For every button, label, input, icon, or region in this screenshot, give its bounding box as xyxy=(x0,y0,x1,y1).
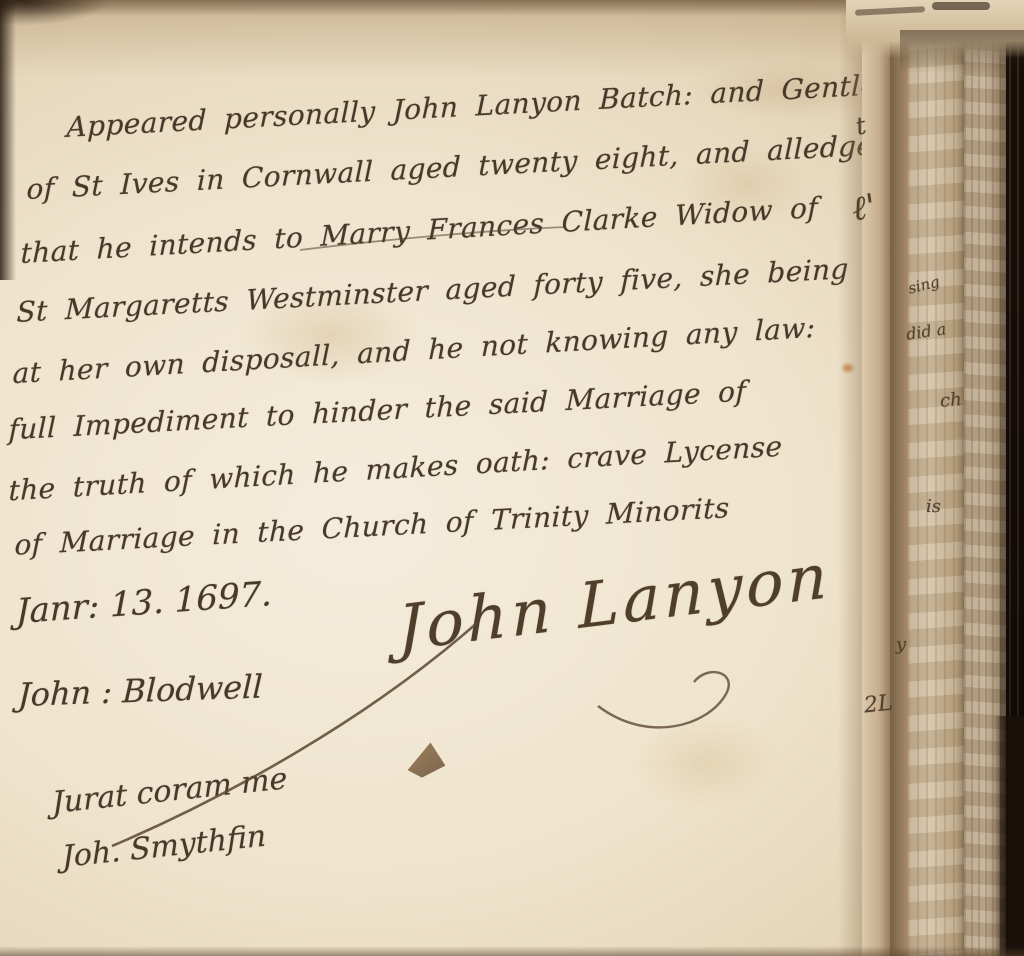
page-curve-shadow xyxy=(838,0,864,956)
top-fold-shadow xyxy=(900,30,1024,74)
edge-fragment: y xyxy=(896,634,906,655)
deponent-signature: John Lanyon xyxy=(397,539,831,666)
page-edge-crevice xyxy=(890,0,908,956)
date-line: Janr: 13. 1697. xyxy=(16,574,272,632)
edge-fragment: ch xyxy=(939,389,962,412)
manuscript-line: full Impediment to hinder the said Marri… xyxy=(8,375,746,447)
top-left-dark-corner xyxy=(0,0,110,26)
jurat-line: Jurat coram me xyxy=(51,761,287,821)
paper-stain xyxy=(630,715,780,810)
edge-fragment: is xyxy=(926,496,941,517)
spine-corner-shadow xyxy=(994,716,1024,956)
page-edge-strip xyxy=(908,0,964,956)
ink-blot xyxy=(404,739,449,780)
left-edge-shadow xyxy=(0,0,16,280)
manuscript-line: that he intends to Marry Frances Clarke … xyxy=(20,191,818,270)
page-edge-strip xyxy=(862,0,890,956)
manuscript-photo: Appeared personally John Lanyon Batch: a… xyxy=(0,0,1024,956)
edge-fragment: ℓ' xyxy=(849,187,878,230)
bottom-shadow-band xyxy=(0,946,1024,956)
jurat-line: Joh. Smythfin xyxy=(61,819,266,876)
registrar-signature: John : Blodwell xyxy=(17,667,263,714)
manuscript-line: of Marriage in the Church of Trinity Min… xyxy=(14,491,730,562)
edge-fragment: 2L xyxy=(863,691,894,719)
fold-mark xyxy=(932,2,990,10)
